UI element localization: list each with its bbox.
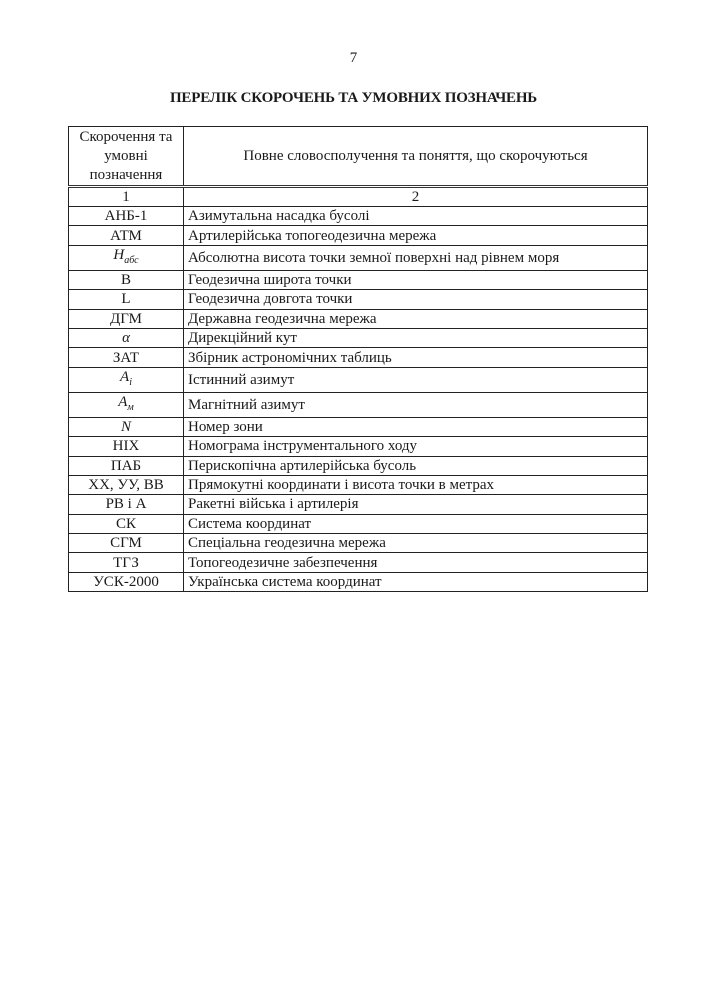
table-row: СГМСпеціальна геодезична мережа [69,534,648,553]
description-cell: Магнітний азимут [184,392,648,417]
table-body: АНБ-1Азимутальна насадка бусоліАТМАртиле… [69,207,648,592]
table-row: ЗАТЗбірник астрономічних таблиць [69,348,648,367]
abbreviation-cell: СГМ [69,534,184,553]
abbreviation-cell: B [69,270,184,289]
description-cell: Номер зони [184,417,648,436]
abbreviation-text: A [120,369,129,385]
abbreviation-cell: ЗАТ [69,348,184,367]
table-row: УСК-2000Українська система координат [69,572,648,591]
column-number-row: 1 2 [69,187,648,207]
abbreviation-cell: РВ і А [69,495,184,514]
abbreviation-text: L [121,291,130,307]
abbreviation-cell: АНБ-1 [69,207,184,226]
abbreviation-text: A [118,394,127,410]
abbreviation-text: НІХ [113,438,140,454]
table-row: ХХ, УУ, ВВПрямокутні координати і висота… [69,475,648,494]
abbreviation-cell: ХХ, УУ, ВВ [69,475,184,494]
table-row: НІХНомограма інструментального ходу [69,437,648,456]
table-row: BГеодезична широта точки [69,270,648,289]
table-row: HабсАбсолютна висота точки земної поверх… [69,245,648,270]
abbreviation-text: ХХ, УУ, ВВ [88,477,163,493]
description-cell: Дирекційний кут [184,328,648,347]
abbreviation-subscript: і [129,377,132,388]
table-row: ДГМДержавна геодезична мережа [69,309,648,328]
abbreviation-text: УСК-2000 [93,574,159,590]
abbreviation-cell: НІХ [69,437,184,456]
table-row: AмМагнітний азимут [69,392,648,417]
abbreviation-text: α [122,330,130,346]
abbreviation-text: РВ і А [106,496,147,512]
abbreviation-cell: Aм [69,392,184,417]
header-full-terms: Повне словосполучення та поняття, що ско… [184,127,648,187]
abbreviation-text: АТМ [110,228,142,244]
abbreviations-table: Скорочення та умовні позначення Повне сл… [68,126,648,592]
abbreviation-cell: СК [69,514,184,533]
abbreviation-text: ЗАТ [113,350,139,366]
table-row: АНБ-1Азимутальна насадка бусолі [69,207,648,226]
table-row: ТГЗТопогеодезичне забезпечення [69,553,648,572]
page-number: 7 [0,50,707,67]
description-cell: Прямокутні координати і висота точки в м… [184,475,648,494]
description-cell: Геодезична широта точки [184,270,648,289]
table-row: AіІстинний азимут [69,367,648,392]
abbreviation-text: ДГМ [110,311,142,327]
abbreviation-cell: α [69,328,184,347]
table-row: LГеодезична довгота точки [69,290,648,309]
description-cell: Артилерійська топогеодезична мережа [184,226,648,245]
abbreviation-text: СГМ [110,535,142,551]
table-row: АТМАртилерійська топогеодезична мережа [69,226,648,245]
description-cell: Геодезична довгота точки [184,290,648,309]
abbreviation-cell: ПАБ [69,456,184,475]
abbreviation-subscript: абс [124,255,138,266]
column-number-1: 1 [69,187,184,207]
column-number-2: 2 [184,187,648,207]
abbreviation-cell: АТМ [69,226,184,245]
description-cell: Перископічна артилерійська бусоль [184,456,648,475]
description-cell: Ракетні війська і артилерія [184,495,648,514]
table-row: NНомер зони [69,417,648,436]
page-title: ПЕРЕЛІК СКОРОЧЕНЬ ТА УМОВНИХ ПОЗНАЧЕНЬ [0,90,707,107]
abbreviation-cell: ДГМ [69,309,184,328]
abbreviation-text: АНБ-1 [105,208,148,224]
abbreviation-text: N [121,419,131,435]
abbreviation-text: ПАБ [111,458,141,474]
header-abbreviations: Скорочення та умовні позначення [69,127,184,187]
abbreviation-cell: Aі [69,367,184,392]
table-row: СКСистема координат [69,514,648,533]
description-cell: Абсолютна висота точки земної поверхні н… [184,245,648,270]
abbreviation-cell: УСК-2000 [69,572,184,591]
description-cell: Номограма інструментального ходу [184,437,648,456]
description-cell: Державна геодезична мережа [184,309,648,328]
abbreviation-text: СК [116,516,136,532]
description-cell: Українська система координат [184,572,648,591]
abbreviation-subscript: м [127,402,133,413]
description-cell: Азимутальна насадка бусолі [184,207,648,226]
table-row: РВ і АРакетні війська і артилерія [69,495,648,514]
abbreviation-cell: ТГЗ [69,553,184,572]
abbreviation-text: ТГЗ [113,555,139,571]
table-header-row: Скорочення та умовні позначення Повне сл… [69,127,648,187]
abbreviation-cell: Hабс [69,245,184,270]
abbreviation-text: B [121,272,131,288]
abbreviation-cell: L [69,290,184,309]
description-cell: Спеціальна геодезична мережа [184,534,648,553]
abbreviation-cell: N [69,417,184,436]
description-cell: Збірник астрономічних таблиць [184,348,648,367]
table-row: αДирекційний кут [69,328,648,347]
description-cell: Істинний азимут [184,367,648,392]
table-row: ПАБПерископічна артилерійська бусоль [69,456,648,475]
description-cell: Система координат [184,514,648,533]
abbreviation-text: H [113,247,124,263]
description-cell: Топогеодезичне забезпечення [184,553,648,572]
